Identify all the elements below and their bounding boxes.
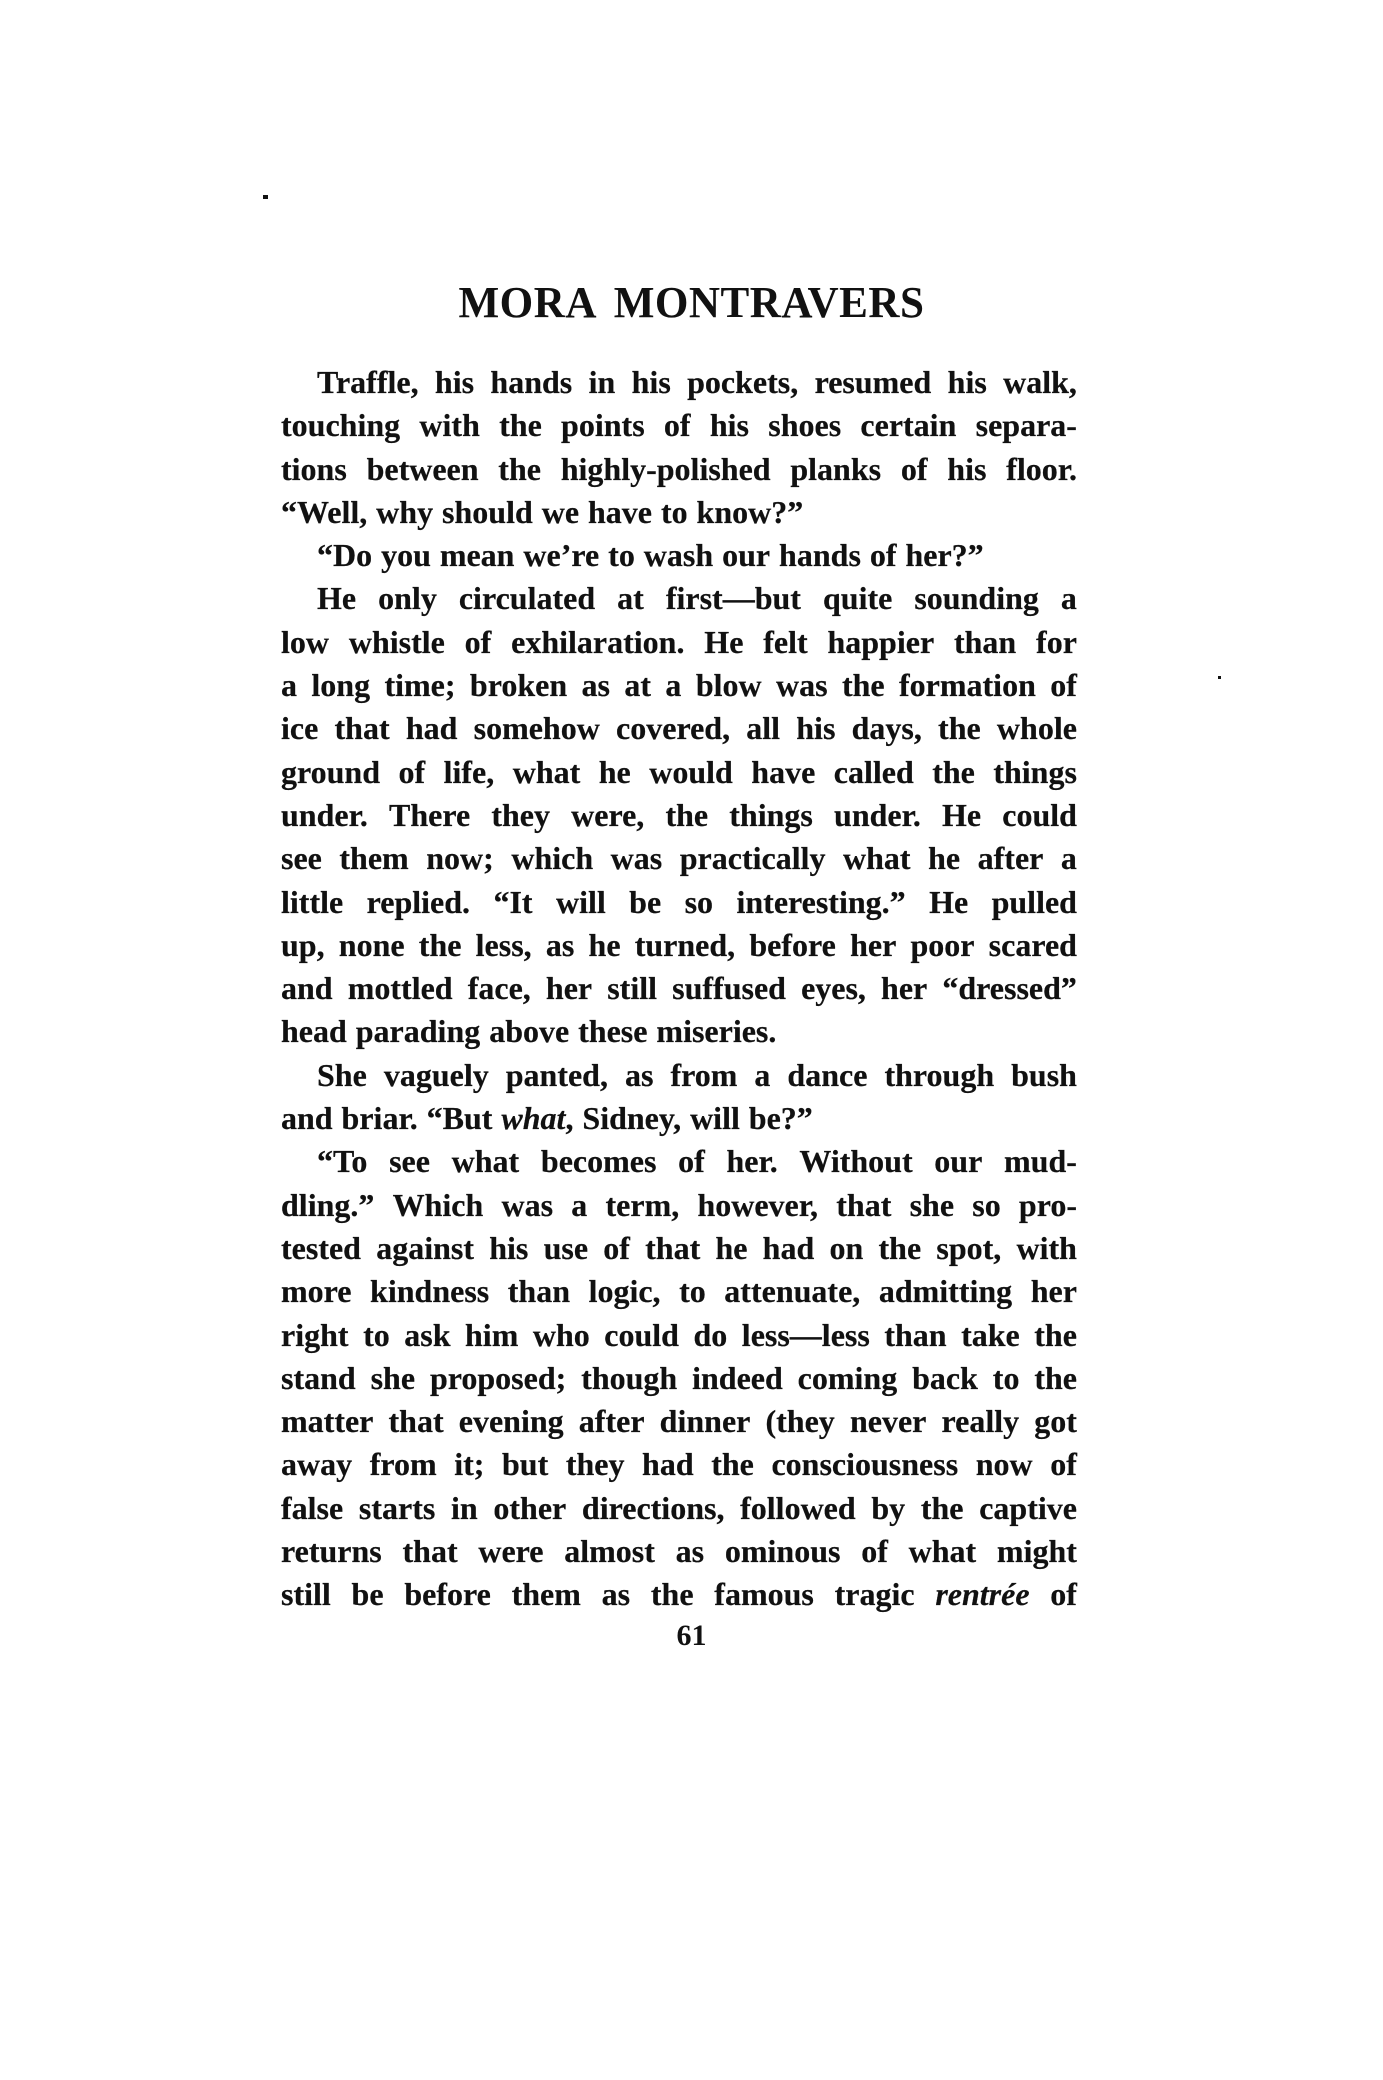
text-line: touchingwiththepointsofhisshoescertainse… [281, 404, 1077, 447]
word: resumed [815, 361, 932, 404]
word: could [604, 1314, 679, 1357]
word: less, [476, 924, 532, 967]
word: of [861, 1530, 888, 1573]
word: a [665, 664, 681, 707]
word: pro- [1019, 1184, 1077, 1227]
word: still [607, 967, 657, 1010]
word: exhilaration. [511, 621, 684, 664]
word: might [997, 1530, 1077, 1573]
word: her. [726, 1140, 777, 1183]
word: from [370, 1443, 437, 1486]
word: dling.” [281, 1184, 374, 1227]
word: “dressed” [942, 967, 1077, 1010]
word: famous [714, 1573, 814, 1616]
word: of [465, 621, 492, 664]
word: poor [910, 924, 974, 967]
word: wash [644, 534, 713, 577]
word: than [508, 1270, 570, 1313]
word: low [281, 621, 329, 664]
word: all [746, 707, 780, 750]
text-line: headparadingabovethesemiseries. [281, 1010, 1077, 1053]
word: be [352, 1573, 384, 1616]
word: stand [281, 1357, 356, 1400]
book-page: MORA MONTRAVERS Traffle,hishandsinhispoc… [0, 0, 1383, 2080]
word: but [502, 1443, 548, 1486]
word: be [629, 881, 661, 924]
word: our [934, 1140, 982, 1183]
word: away [281, 1443, 352, 1486]
word: felt [763, 621, 807, 664]
word: what [452, 1140, 520, 1183]
word: a [1061, 577, 1077, 620]
word: evening [459, 1400, 564, 1443]
word: turned, [635, 924, 735, 967]
word: whistle [349, 621, 445, 664]
word: what [909, 1530, 977, 1573]
word: time; [384, 664, 455, 707]
word: above [489, 1010, 569, 1053]
word: the [498, 448, 541, 491]
word: practically [680, 837, 826, 880]
word: a [571, 1184, 587, 1227]
word: what, [501, 1097, 573, 1140]
word: his [947, 448, 986, 491]
word: him [465, 1314, 518, 1357]
word: ground [281, 751, 380, 794]
text-line: alongtime;brokenasatablowwastheformation… [281, 664, 1077, 707]
text-line: “Well,whyshouldwehavetoknow?” [281, 491, 1077, 534]
word: days, [852, 707, 922, 750]
word: less—less [742, 1314, 870, 1357]
word: was [776, 664, 828, 707]
word: was [611, 837, 663, 880]
word: mud- [1004, 1140, 1077, 1183]
word: were [478, 1530, 543, 1573]
text-line: Traffle,hishandsinhispockets,resumedhisw… [281, 361, 1077, 404]
word: kindness [370, 1270, 489, 1313]
word: a [1061, 837, 1077, 880]
word: and [281, 967, 333, 1010]
word: first—but [666, 577, 801, 620]
word: He [929, 881, 968, 924]
word: in [451, 1487, 478, 1530]
word: than [884, 1314, 946, 1357]
word: the [921, 1487, 964, 1530]
word: a [281, 664, 297, 707]
word: what [843, 837, 911, 880]
word: them [339, 837, 408, 880]
word: be?” [749, 1097, 813, 1140]
word: called [834, 751, 914, 794]
word: a [754, 1054, 770, 1097]
word: between [367, 448, 479, 491]
word: quite [823, 577, 892, 620]
word: things [993, 751, 1077, 794]
word: from [670, 1054, 737, 1097]
word: He [704, 621, 743, 664]
word: of [1050, 1443, 1077, 1486]
word: shoes [768, 404, 841, 447]
text-line: returnsthatwerealmostasominousofwhatmigh… [281, 1530, 1077, 1573]
word: his [796, 707, 835, 750]
word: pulled [992, 881, 1077, 924]
word: replied. [367, 881, 470, 924]
word: them [512, 1573, 581, 1616]
word: he [589, 924, 621, 967]
word: do [693, 1314, 727, 1357]
word: through [884, 1054, 994, 1097]
word: our [722, 534, 770, 577]
text-line: groundoflife,whathewouldhavecalledthethi… [281, 751, 1077, 794]
word: face, [468, 967, 531, 1010]
word: her?” [905, 534, 983, 577]
word: you [381, 534, 431, 577]
word: was [502, 1184, 554, 1227]
word: pockets, [687, 361, 798, 404]
word: hands [779, 534, 861, 577]
word: blow [696, 664, 762, 707]
word: the [419, 924, 462, 967]
word: with [419, 404, 479, 447]
text-line: littlereplied.“Itwillbesointeresting.”He… [281, 881, 1077, 924]
word: consciousness [771, 1443, 958, 1486]
word: broken [470, 664, 567, 707]
text-line: morekindnessthanlogic,toattenuate,admitt… [281, 1270, 1077, 1313]
word: suffused [672, 967, 786, 1010]
word: head [281, 1010, 347, 1053]
word: and [281, 1097, 333, 1140]
word: tragic [835, 1573, 915, 1616]
word: vaguely [384, 1054, 489, 1097]
word: of [901, 448, 928, 491]
word: mean [440, 534, 515, 577]
text-line: andmottledface,herstillsuffusedeyes,her“… [281, 967, 1077, 1010]
word: other [493, 1487, 566, 1530]
word: logic, [589, 1270, 661, 1313]
word: than [954, 621, 1016, 664]
word: as [546, 924, 574, 967]
word: her [1031, 1270, 1077, 1313]
word: “To [317, 1140, 367, 1183]
text-line: under.Theretheywere,thethingsunder.Hecou… [281, 794, 1077, 837]
word: briar. [342, 1097, 418, 1140]
word: the [1034, 1357, 1077, 1400]
word: who [533, 1314, 590, 1357]
word: hands [490, 361, 572, 404]
word: directions, [582, 1487, 725, 1530]
word: he [928, 837, 960, 880]
print-speck [1218, 676, 1221, 679]
word: almost [564, 1530, 655, 1573]
text-line: awayfromit;buttheyhadtheconsciousnessnow… [281, 1443, 1077, 1486]
word: only [378, 577, 437, 620]
word: points [561, 404, 645, 447]
word: the [1034, 1314, 1077, 1357]
word: “Do [317, 534, 372, 577]
word: had [763, 1227, 815, 1270]
running-head: MORA MONTRAVERS [14, 281, 1369, 325]
word: that [402, 1530, 457, 1573]
text-line: andbriar.“Butwhat,Sidney,willbe?” [281, 1097, 1077, 1140]
word: Traffle, [317, 361, 419, 404]
word: could [1002, 794, 1077, 837]
word: of [1050, 1573, 1077, 1616]
word: miseries. [656, 1010, 776, 1053]
word: the [938, 707, 981, 750]
word: got [1034, 1400, 1077, 1443]
word: to [679, 1270, 706, 1313]
word: that [389, 1400, 444, 1443]
word: it; [454, 1443, 484, 1486]
word: now [976, 1443, 1033, 1486]
word: under. [834, 794, 921, 837]
word: eyes, [801, 967, 866, 1010]
word: as [602, 1573, 630, 1616]
text-line: matterthateveningafterdinner(theyneverre… [281, 1400, 1077, 1443]
word: the [878, 1227, 921, 1270]
word: take [961, 1314, 1020, 1357]
word: proposed; [430, 1357, 566, 1400]
word: had [642, 1443, 694, 1486]
word: little [281, 881, 343, 924]
word: as [625, 1054, 653, 1097]
word: the [665, 794, 708, 837]
word: panted, [506, 1054, 608, 1097]
word: There [389, 794, 470, 837]
word: the [842, 664, 885, 707]
word: now; [426, 837, 494, 880]
word: she [910, 1184, 954, 1227]
word: his [489, 1227, 528, 1270]
word: of [1050, 664, 1077, 707]
word: will [556, 881, 606, 924]
word: right [281, 1314, 349, 1357]
word: happier [827, 621, 934, 664]
word: of [664, 404, 691, 447]
text-line: testedagainsthisuseofthathehadonthespot,… [281, 1227, 1077, 1270]
word: of [603, 1227, 630, 1270]
word: had [406, 707, 458, 750]
word: starts [359, 1487, 435, 1530]
word: to [661, 491, 688, 534]
word: against [376, 1227, 474, 1270]
word: his [632, 361, 671, 404]
word: rentrée [935, 1573, 1029, 1616]
word: covered, [616, 707, 730, 750]
word: they [491, 794, 550, 837]
word: attenuate, [724, 1270, 860, 1313]
word: before [404, 1573, 490, 1616]
text-line: stillbebeforethemasthefamoustragicrentré… [281, 1573, 1077, 1616]
word: her [881, 967, 927, 1010]
text-line: “Doyoumeanwe’retowashourhandsofher?” [281, 534, 1077, 577]
word: in [589, 361, 616, 404]
word: followed [740, 1487, 856, 1530]
word: that [645, 1227, 700, 1270]
word: back [912, 1357, 978, 1400]
word: matter [281, 1400, 373, 1443]
word: use [544, 1227, 588, 1270]
text-line: up,nonetheless,asheturned,beforeherpoors… [281, 924, 1077, 967]
word: know?” [697, 491, 804, 534]
word: planks [790, 448, 881, 491]
word: false [281, 1487, 343, 1530]
text-line: dling.”Whichwasaterm,however,thatshesopr… [281, 1184, 1077, 1227]
body-text: Traffle,hishandsinhispockets,resumedhisw… [281, 361, 1077, 1617]
word: admitting [879, 1270, 1012, 1313]
word: coming [798, 1357, 898, 1400]
word: separa- [976, 404, 1077, 447]
word: see [281, 837, 322, 880]
word: interesting.” [736, 881, 905, 924]
word: the [711, 1443, 754, 1486]
word: term, [606, 1184, 680, 1227]
word: the [651, 1573, 694, 1616]
word: indeed [692, 1357, 783, 1400]
word: things [729, 794, 813, 837]
word: her [546, 967, 592, 1010]
word: however, [697, 1184, 818, 1227]
word: dinner [660, 1400, 751, 1443]
word: why [376, 491, 433, 534]
text-line: icethathadsomehowcovered,allhisdays,thew… [281, 707, 1077, 750]
word: life, [444, 751, 495, 794]
word: to [993, 1357, 1020, 1400]
word: after [978, 837, 1044, 880]
text-line: standsheproposed;thoughindeedcomingbackt… [281, 1357, 1077, 1400]
text-line: lowwhistleofexhilaration.Hefelthappierth… [281, 621, 1077, 664]
text-line: Heonlycirculatedatfirst—butquitesounding… [281, 577, 1077, 620]
word: we [542, 491, 579, 534]
word: spot, [936, 1227, 1001, 1270]
word: scared [989, 924, 1077, 967]
word: parading [356, 1010, 480, 1053]
word: He [317, 577, 356, 620]
word: the [499, 404, 542, 447]
word: circulated [459, 577, 595, 620]
word: they [566, 1443, 625, 1486]
word: as [582, 664, 610, 707]
text-line: seethemnow;whichwaspracticallywhatheafte… [281, 837, 1077, 880]
word: of [398, 751, 425, 794]
word: still [281, 1573, 331, 1616]
word: returns [281, 1530, 382, 1573]
word: his [948, 361, 987, 404]
word: have [588, 491, 652, 534]
text-line: righttoaskhimwhocoulddoless—lessthantake… [281, 1314, 1077, 1357]
word: floor. [1006, 448, 1077, 491]
word: what [513, 751, 581, 794]
word: formation [899, 664, 1036, 707]
word: somehow [474, 707, 600, 750]
word: highly-polished [561, 448, 771, 491]
word: of [870, 534, 897, 577]
text-line: tionsbetweenthehighly-polishedplanksofhi… [281, 448, 1077, 491]
word: see [389, 1140, 430, 1183]
word: the [932, 751, 975, 794]
word: so [685, 881, 713, 924]
word: his [710, 404, 749, 447]
word: none [339, 924, 405, 967]
word: “It [493, 881, 532, 924]
word: have [751, 751, 815, 794]
word: walk, [1003, 361, 1077, 404]
word: she [371, 1357, 415, 1400]
word: ask [404, 1314, 450, 1357]
page-number: 61 [0, 1618, 1383, 1654]
word: would [649, 751, 733, 794]
word: Sidney, [582, 1097, 681, 1140]
word: really [941, 1400, 1019, 1443]
word: though [581, 1357, 677, 1400]
word: “But [427, 1097, 493, 1140]
word: at [624, 664, 651, 707]
word: that [335, 707, 390, 750]
word: after [579, 1400, 645, 1443]
word: (they [765, 1400, 834, 1443]
word: with [1016, 1227, 1076, 1270]
word: which [511, 837, 593, 880]
word: will [690, 1097, 740, 1140]
word: He [942, 794, 981, 837]
word: never [850, 1400, 926, 1443]
text-line: falsestartsinotherdirections,followedbyt… [281, 1487, 1077, 1530]
word: as [676, 1530, 704, 1573]
word: tested [281, 1227, 361, 1270]
word: his [435, 361, 474, 404]
word: “Well, [281, 491, 367, 534]
text-line: Shevaguelypanted,asfromadancethroughbush [281, 1054, 1077, 1097]
word: bush [1011, 1054, 1077, 1097]
word: becomes [541, 1140, 657, 1183]
word: whole [997, 707, 1077, 750]
word: that [836, 1184, 891, 1227]
word: under. [281, 794, 368, 837]
word: She [317, 1054, 367, 1097]
word: to [363, 1314, 390, 1357]
word: of [678, 1140, 705, 1183]
word: by [871, 1487, 905, 1530]
word: mottled [348, 967, 453, 1010]
word: these [578, 1010, 647, 1053]
word: certain [860, 404, 956, 447]
word: up, [281, 924, 325, 967]
word: so [972, 1184, 1000, 1227]
word: tions [281, 448, 347, 491]
word: sounding [914, 577, 1039, 620]
word: long [311, 664, 370, 707]
word: Which [393, 1184, 484, 1227]
print-speck [263, 195, 268, 199]
word: dance [787, 1054, 867, 1097]
word: were, [571, 794, 644, 837]
word: before [749, 924, 835, 967]
word: Without [799, 1140, 912, 1183]
word: ice [281, 707, 318, 750]
word: he [715, 1227, 747, 1270]
text-line: “Toseewhatbecomesofher.Withoutourmud- [281, 1140, 1077, 1183]
word: to [608, 534, 635, 577]
word: ominous [725, 1530, 841, 1573]
word: more [281, 1270, 351, 1313]
word: should [442, 491, 533, 534]
word: her [850, 924, 896, 967]
word: at [617, 577, 644, 620]
word: for [1036, 621, 1077, 664]
word: he [599, 751, 631, 794]
word: captive [979, 1487, 1077, 1530]
word: on [829, 1227, 863, 1270]
